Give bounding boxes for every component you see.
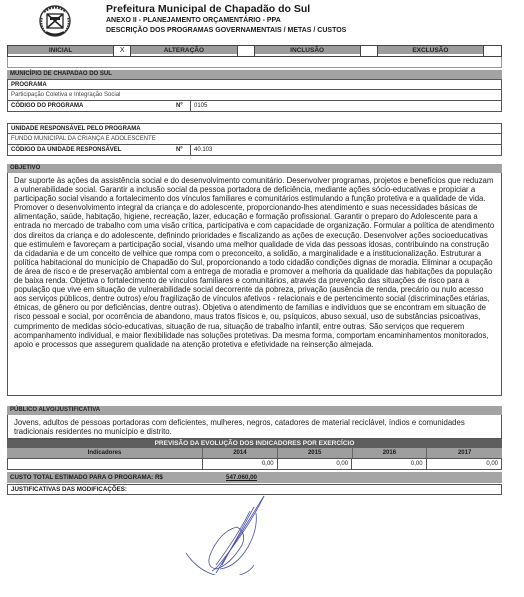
status-label-alteracao: ALTERAÇÃO <box>131 46 236 56</box>
programa-label: PROGRAMA <box>7 79 502 90</box>
status-label-exclusao: EXCLUSÃO <box>378 46 483 56</box>
coat-of-arms-logo <box>37 2 73 38</box>
status-label-inicial: INICIAL <box>8 46 113 56</box>
col-header-indicadores: Indicadores <box>7 448 203 458</box>
cell-2016: 0,00 <box>352 459 426 469</box>
codigo-programa-numero-label: Nº <box>176 101 183 111</box>
col-header-2016: 2016 <box>353 448 428 458</box>
custo-total-value: 547.060,00 <box>226 472 257 483</box>
custo-total-row: CUSTO TOTAL ESTIMADO PARA O PROGRAMA: R$… <box>7 472 502 483</box>
col-header-2017: 2017 <box>427 448 502 458</box>
status-checkbox-inclusao[interactable] <box>360 46 378 56</box>
annex-subtitle: ANEXO II - PLANEJAMENTO ORÇAMENTÁRIO - P… <box>106 17 281 24</box>
codigo-unidade-value: 40.103 <box>190 145 212 155</box>
codigo-programa-value: 0105 <box>190 101 207 111</box>
col-header-2014: 2014 <box>203 448 278 458</box>
justificativas-label: JUSTIFICATIVAS DAS MODIFICAÇÕES: <box>7 484 502 495</box>
objetivo-header: OBJETIVO <box>7 164 502 173</box>
publico-alvo-header: PÚBLICO ALVO/JUSTIFICATIVA <box>7 406 502 415</box>
cell-2017: 0,00 <box>427 459 501 469</box>
indicadores-header-row: Indicadores 2014 2015 2016 2017 <box>7 448 502 458</box>
indicadores-title: PREVISÃO DA EVOLUÇÃO DOS INDICADORES POR… <box>7 439 502 448</box>
document-description: DESCRIÇÃO DOS PROGRAMAS GOVERNAMENTAIS /… <box>106 27 346 34</box>
status-selection-row: INICIAL X ALTERAÇÃO INCLUSÃO EXCLUSÃO <box>7 45 502 57</box>
municipio-header: MUNICÍPIO DE CHAPADAO DO SUL <box>7 70 502 79</box>
status-checkbox-inicial[interactable]: X <box>113 46 131 56</box>
codigo-unidade-label: CÓDIGO DA UNIDADE RESPONSÁVEL <box>11 147 121 153</box>
custo-total-label: CUSTO TOTAL ESTIMADO PARA O PROGRAMA: R$ <box>10 474 163 481</box>
col-header-2015: 2015 <box>278 448 353 458</box>
codigo-unidade-numero-label: Nº <box>176 145 183 155</box>
signature-icon <box>150 495 330 575</box>
unidade-label: UNIDADE RESPONSÁVEL PELO PROGRAMA <box>7 123 502 134</box>
page-title: Prefeitura Municipal de Chapadão do Sul <box>106 3 310 15</box>
unidade-value: FUNDO MUNICIPAL DA CRIANÇA E ADOLESCENTE <box>7 134 502 145</box>
publico-alvo-text: Jovens, adultos de pessoas portadoras co… <box>7 415 502 439</box>
status-checkbox-exclusao[interactable] <box>483 46 501 56</box>
codigo-programa-label: CÓDIGO DO PROGRAMA <box>11 103 83 109</box>
objetivo-text: Dar suporte às ações da assistência soci… <box>7 173 502 396</box>
status-label-inclusao: INCLUSÃO <box>255 46 360 56</box>
codigo-programa-row: CÓDIGO DO PROGRAMA Nº 0105 <box>7 101 502 112</box>
cell-2014: 0,00 <box>203 459 277 469</box>
programa-value: Participação Coletiva e Integração Socia… <box>7 90 502 101</box>
indicadores-values-row: 0,00 0,00 0,00 0,00 <box>7 458 502 470</box>
cell-indicador <box>8 459 203 469</box>
codigo-unidade-row: CÓDIGO DA UNIDADE RESPONSÁVEL Nº 40.103 <box>7 145 502 156</box>
status-checkbox-alteracao[interactable] <box>237 46 255 56</box>
blank-row <box>7 57 502 68</box>
cell-2015: 0,00 <box>278 459 352 469</box>
